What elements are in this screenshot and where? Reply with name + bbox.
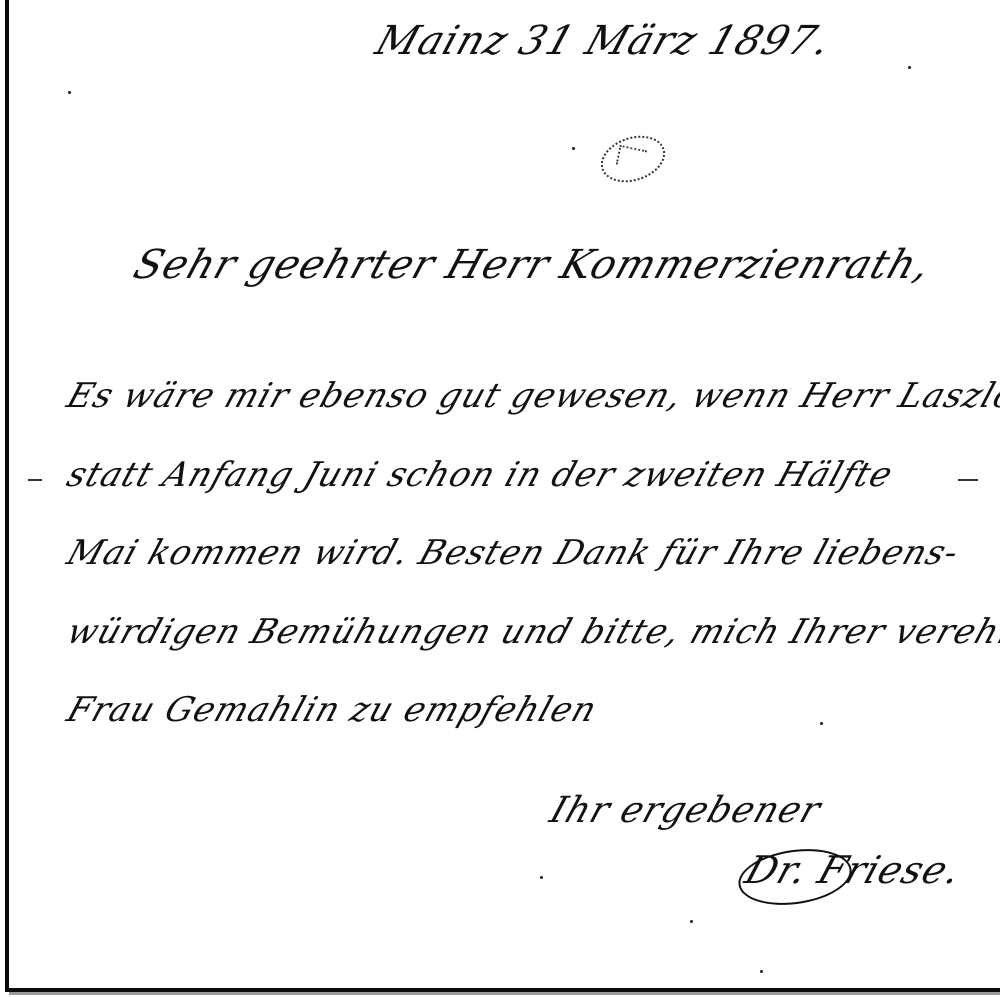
scan-speck [820,722,823,725]
salutation: Sehr geehrter Herr Kommerzienrath, [128,242,937,288]
letter-page: Mainz 31 März 1897. Sehr geehrter Herr K… [0,0,1000,997]
page-left-border [5,0,9,992]
closing: Ihr ergebener [545,790,826,831]
scan-speck [690,920,693,923]
scan-speck [760,970,763,973]
scan-speck [540,876,543,879]
scan-speck [68,91,71,94]
scan-mark [28,479,42,481]
body-line-5: Frau Gemahlin zu empfehlen [62,690,602,730]
body-line-1: Es wäre mir ebenso gut gewesen, wenn Her… [62,376,1000,416]
dateline: Mainz 31 März 1897. [370,18,837,64]
signature: Dr. Friese. [740,848,967,892]
scan-mark [958,479,978,481]
scan-speck [572,147,575,150]
body-line-2: statt Anfang Juni schon in der zweiten H… [62,455,898,495]
body-line-4: würdigen Bemühungen und bitte, mich Ihre… [62,612,1000,652]
scan-speck [908,66,911,69]
faded-stamp-icon [595,128,671,190]
body-line-3: Mai kommen wird. Besten Dank für Ihre li… [62,533,964,573]
page-bottom-shadow [9,992,1000,995]
stamp-mark [616,145,648,170]
